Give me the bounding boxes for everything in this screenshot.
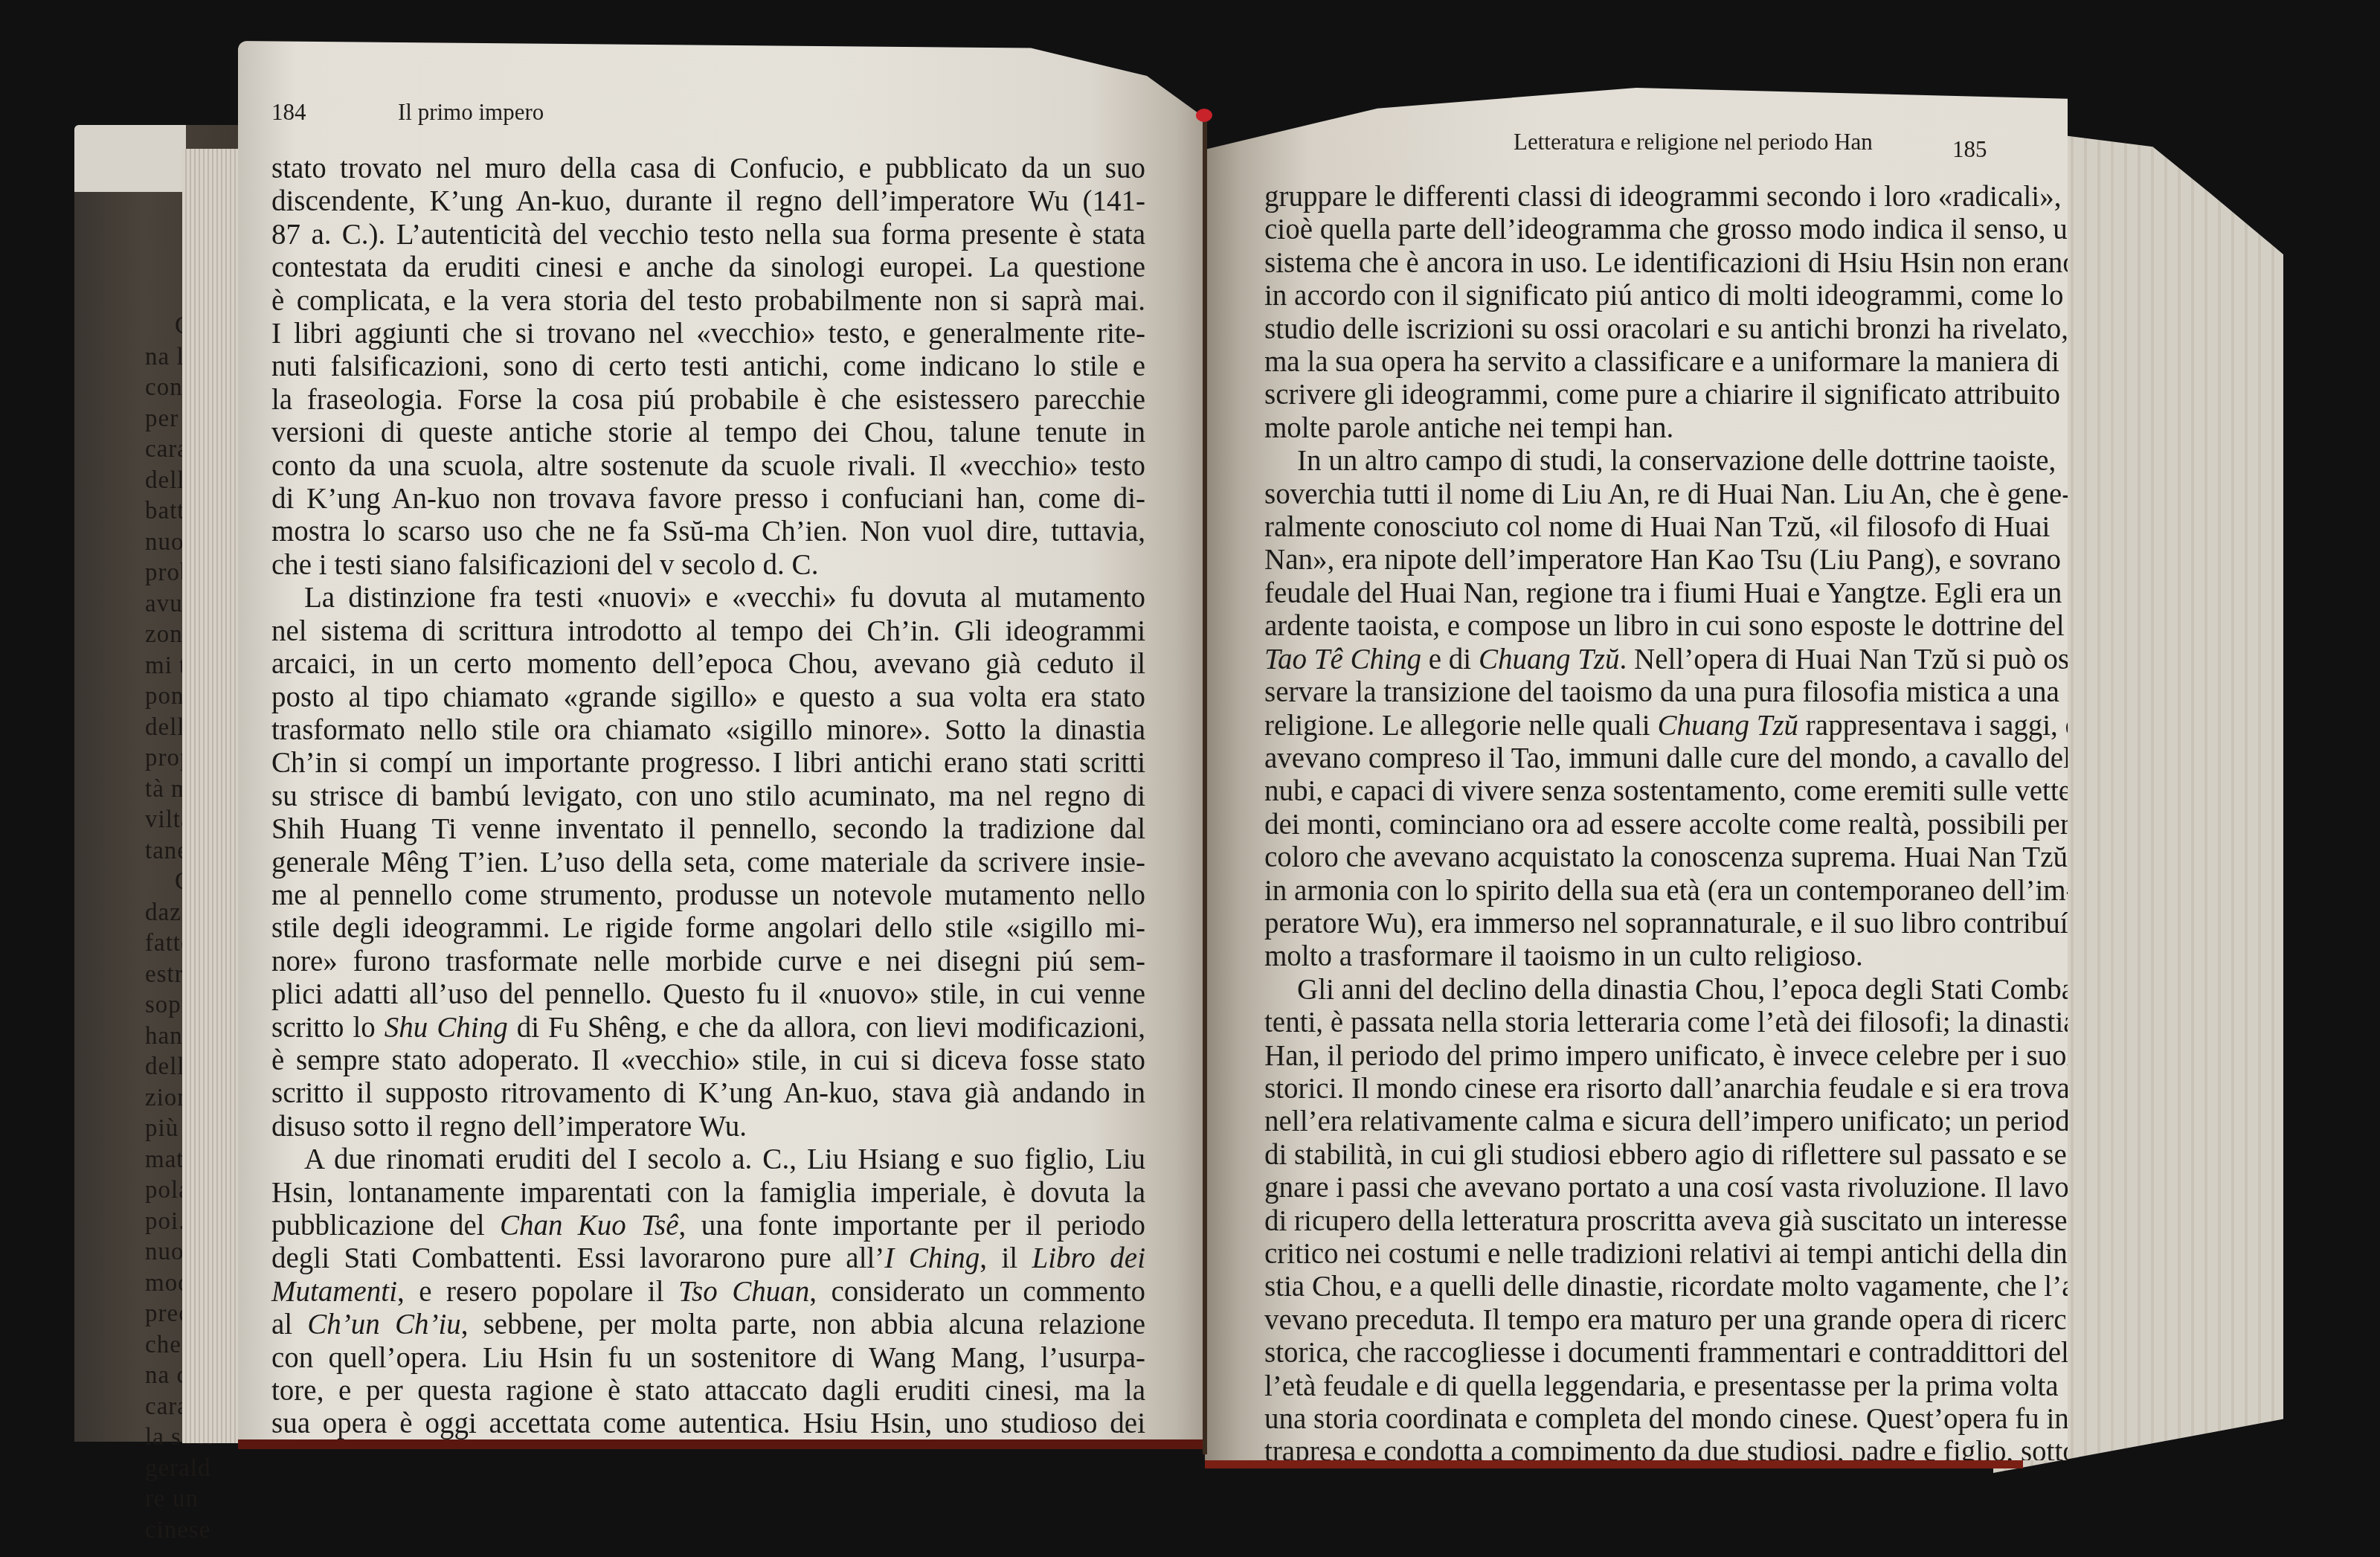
text-line: dei monti, cominciano ora ad essere acco… [1264,809,2008,841]
text-line: peratore Wu), era immerso nel soprannatu… [1264,908,2008,940]
text-line: vevano preceduta. Il tempo era maturo pe… [1264,1304,2008,1337]
text-line: una storia coordinata e completa del mon… [1264,1403,2008,1436]
bookmark-ribbon [1196,109,1212,122]
text-line: arcaici, in un certo momento dell’epoca … [271,648,1145,681]
text-line: molto a trasformare il taoismo in un cul… [1264,940,2008,973]
text-line: plici adatti all’uso del pennello. Quest… [271,978,1145,1011]
text-line: pubblicazione del Chan Kuo Tsê, una font… [271,1210,1145,1242]
text-line: Hsin, lontanamente imparentati con la fa… [271,1177,1145,1210]
text-line: Mutamenti, e resero popolare il Tso Chua… [271,1276,1145,1309]
text-line: La distinzione fra testi «nuovi» e «vecc… [271,582,1145,614]
text-line: critico nei costumi e nelle tradizioni r… [1264,1238,2008,1271]
text-line: al Ch’un Ch’iu, sebbene, per molta parte… [271,1309,1145,1341]
background-text-line: gerald [145,1454,257,1485]
text-line: In un altro campo di studi, la conservaz… [1264,445,2008,478]
text-line: I libri aggiunti che si trovano nel «vec… [271,318,1145,350]
text-line: è complicata, e la vera storia del testo… [271,285,1145,318]
right-page: Letteratura e religione nel periodo Han … [1205,88,2068,1460]
text-line: gruppare le differenti classi di ideogra… [1264,181,2008,214]
text-line: di K’ung An-kuo non trovava favore press… [271,483,1145,516]
text-line: con quell’opera. Liu Hsin fu un sostenit… [271,1342,1145,1375]
text-line: stile degli ideogrammi. Le rigide forme … [271,912,1145,945]
text-line: generale Mêng T’ien. L’uso della seta, c… [271,847,1145,879]
text-line: nel sistema di scrittura introdotto al t… [271,615,1145,648]
text-line: nubi, e capaci di vivere senza sostentam… [1264,775,2008,808]
text-line: mostra lo scarso uso che ne fa Ssŭ-ma Ch… [271,516,1145,548]
text-line: soverchia tutti il nome di Liu An, re di… [1264,478,2008,511]
text-line: nuti falsificazioni, sono di certo testi… [271,350,1145,383]
text-line: discendente, K’ung An-kuo, durante il re… [271,185,1145,218]
text-line: Han, il periodo del primo impero unifica… [1264,1040,2008,1073]
book-spine-gutter [1203,119,1207,1454]
text-line: Gli anni del declino della dinastia Chou… [1264,974,2008,1007]
text-line: Shih Huang Ti venne inventato il pennell… [271,813,1145,846]
right-page-number: 185 [1952,136,1987,163]
text-line: in armonia con lo spirito della sua età … [1264,875,2008,908]
text-line: la fraseologia. Forse la cosa piú probab… [271,384,1145,417]
left-page-number: 184 [271,99,306,126]
text-line: avevano compreso il Tao, immuni dalle cu… [1264,742,2008,775]
text-line: religione. Le allegorie nelle quali Chua… [1264,710,2008,742]
text-line: trapresa e condotta a compimento da due … [1264,1436,2008,1460]
text-line: versioni di queste antiche storie al tem… [271,417,1145,449]
background-text-line: cinese [145,1515,257,1547]
text-line: trasformato nello stile ora chiamato «si… [271,714,1145,747]
text-line: ralmente conosciuto col nome di Huai Nan… [1264,511,2008,544]
text-line: degli Stati Combattenti. Essi lavorarono… [271,1242,1145,1275]
text-line: scrivere gli ideogrammi, come pure a chi… [1264,379,2008,411]
text-line: cioè quella parte dell’ideogramma che gr… [1264,214,2008,246]
text-line: su strisce di bambú levigato, con uno st… [271,780,1145,813]
text-line: scritto lo Shu Ching di Fu Shêng, e che … [271,1012,1145,1044]
text-line: storici. Il mondo cinese era risorto dal… [1264,1073,2008,1105]
text-line: me al pennello come strumento, produsse … [271,879,1145,912]
text-line: coloro che avevano acquistato la conosce… [1264,841,2008,874]
background-text-line: re un [145,1484,257,1515]
text-line: posto al tipo chiamato «grande sigillo» … [271,681,1145,714]
text-line: che i testi siano falsificazioni del v s… [271,549,1145,582]
text-line: stia Chou, e a quelli delle dinastie, ri… [1264,1271,2008,1303]
text-line: A due rinomati eruditi del I secolo a. C… [271,1143,1145,1176]
text-line: è sempre stato adoperato. Il «vecchio» s… [271,1044,1145,1077]
text-line: sua opera è oggi accettata come autentic… [271,1407,1145,1439]
text-line: stato trovato nel muro della casa di Con… [271,153,1145,185]
text-line: nell’era relativamente calma e sicura de… [1264,1105,2008,1138]
text-line: di stabilità, in cui gli studiosi ebbero… [1264,1139,2008,1172]
text-line: sistema che è ancora in uso. Le identifi… [1264,247,2008,280]
text-line: 87 a. C.). L’autenticità del vecchio tes… [271,219,1145,251]
text-line: ma la sua opera ha servito a classificar… [1264,346,2008,379]
text-line: scritto il supposto ritrovamento di K’un… [271,1077,1145,1110]
text-line: molte parole antiche nei tempi han. [1264,412,2008,445]
text-line: storica, che raccogliesse i documenti fr… [1264,1337,2008,1370]
text-line: di ricupero della letteratura proscritta… [1264,1205,2008,1238]
text-line: servare la transizione del taoismo da un… [1264,676,2008,709]
text-line: l’età feudale e di quella leggendaria, e… [1264,1370,2008,1403]
text-line: disuso sotto il regno dell’imperatore Wu… [271,1111,1145,1143]
text-line: Nan», era nipote dell’imperatore Han Kao… [1264,544,2008,577]
text-line: Ch’in si compí un importante progresso. … [271,747,1145,780]
text-line: ardente taoista, e compose un libro in c… [1264,610,2008,643]
text-line: in accordo con il significato piú antico… [1264,280,2008,312]
text-line: contestata da eruditi cinesi e anche da … [271,251,1145,284]
text-line: studio delle iscrizioni su ossi oracolar… [1264,313,2008,346]
text-line: tenti, è passata nella storia letteraria… [1264,1007,2008,1039]
text-line: conto da una scuola, altre sostenute da … [271,450,1145,483]
text-line: feudale del Huai Nan, regione tra i fium… [1264,577,2008,610]
left-page-stack-edge [182,149,242,1443]
left-page-body: stato trovato nel muro della casa di Con… [271,153,1145,1439]
text-line: tore, e per questa ragione è stato attac… [271,1375,1145,1407]
text-line: nore» furono trasformate nelle morbide c… [271,946,1145,978]
background-book-top-edge [74,125,186,192]
right-page-body: gruppare le differenti classi di ideogra… [1264,181,2008,1460]
left-running-title: Il primo impero [398,99,544,126]
text-line: gnare i passi che avevano portato a una … [1264,1172,2008,1204]
left-page: 184 Il primo impero stato trovato nel mu… [238,41,1205,1439]
right-running-title: Letteratura e religione nel periodo Han [1514,129,1873,155]
text-line: Tao Tê Ching e di Chuang Tzŭ. Nell’opera… [1264,643,2008,676]
